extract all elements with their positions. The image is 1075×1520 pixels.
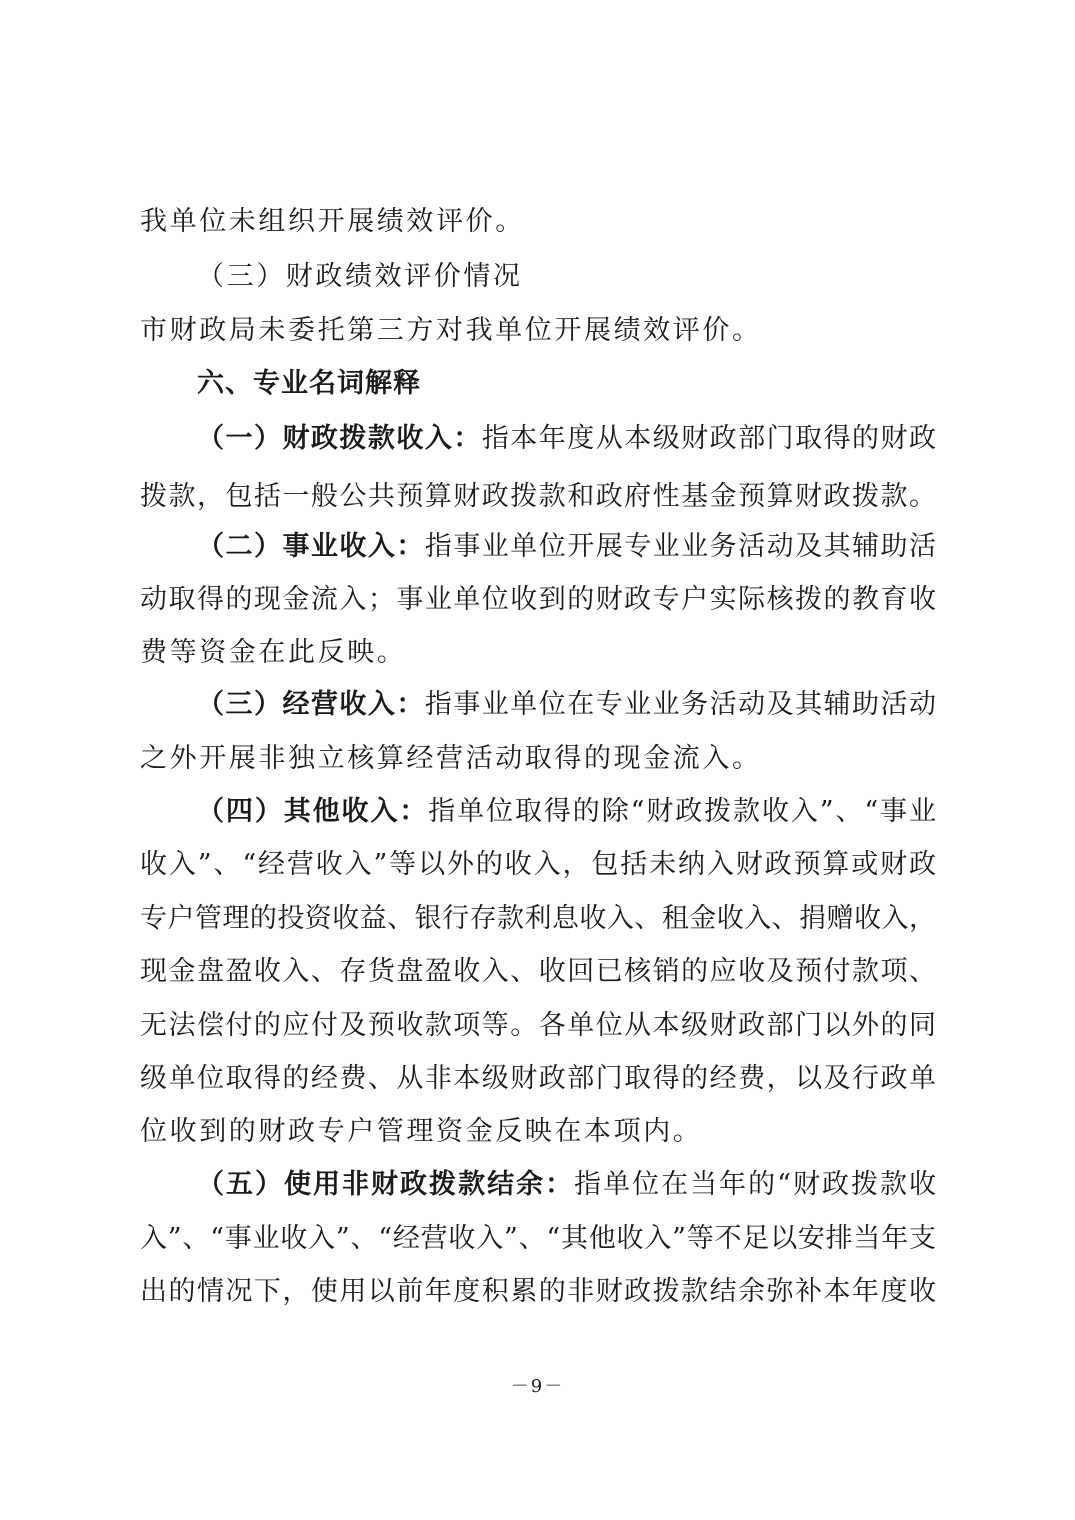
definition-4-line: 收入”、“经营收入”等以外的收入，包括未纳入财政预算或财政	[140, 848, 936, 882]
definition-term: （一）财政拨款收入：	[197, 423, 482, 454]
definition-1-line: （一）财政拨款收入：指本年度从本级财政部门取得的财政	[197, 422, 936, 456]
definition-1-line: 拨款，包括一般公共预算财政拨款和政府性基金预算财政拨款。	[140, 480, 936, 514]
definition-5-line: （五）使用非财政拨款结余：指单位在当年的“财政拨款收	[197, 1168, 936, 1202]
definition-5-line: 出的情况下，使用以前年度积累的非财政拨款结余弥补本年度收	[140, 1275, 936, 1309]
subsection-heading: （三）财政绩效评价情况	[197, 260, 523, 294]
definition-term: （五）使用非财政拨款结余：	[197, 1169, 574, 1200]
paragraph-text: 我单位未组织开展绩效评价。	[140, 205, 525, 239]
definition-2-line: （二）事业收入：指事业单位开展专业业务活动及其辅助活	[197, 530, 936, 564]
definition-term: （三）经营收入：	[197, 689, 425, 720]
definition-4-line: 位收到的财政专户管理资金反映在本项内。	[140, 1115, 702, 1149]
paragraph-text: 市财政局未委托第三方对我单位开展绩效评价。	[140, 314, 762, 348]
section-heading: 六、专业名词解释	[197, 367, 421, 401]
definition-3-line: 之外开展非独立核算经营活动取得的现金流入。	[140, 742, 762, 776]
definition-4-line: 现金盘盈收入、存货盘盈收入、收回已核销的应收及预付款项、	[140, 955, 936, 989]
page-number: －9－	[0, 1372, 1075, 1398]
definition-4-line: 级单位取得的经费、从非本级财政部门取得的经费，以及行政单	[140, 1062, 936, 1096]
definition-term: （二）事业收入：	[197, 531, 425, 562]
document-page: 我单位未组织开展绩效评价。 （三）财政绩效评价情况 市财政局未委托第三方对我单位…	[0, 0, 1075, 1520]
definition-2-line: 动取得的现金流入；事业单位收到的财政专户实际核拨的教育收	[140, 583, 936, 617]
definition-2-line: 费等资金在此反映。	[140, 636, 406, 670]
definition-5-line: 入”、“事业收入”、“经营收入”、“其他收入”等不足以安排当年支	[140, 1222, 936, 1256]
definition-4-line: （四）其他收入：指单位取得的除“财政拨款收入”、“事业	[197, 795, 936, 829]
definition-term: （四）其他收入：	[197, 796, 428, 827]
definition-4-line: 无法偿付的应付及预收款项等。各单位从本级财政部门以外的同	[140, 1009, 936, 1043]
definition-3-line: （三）经营收入：指事业单位在专业业务活动及其辅助活动	[197, 688, 936, 722]
definition-4-line: 专户管理的投资收益、银行存款利息收入、租金收入、捐赠收入，	[140, 902, 936, 936]
